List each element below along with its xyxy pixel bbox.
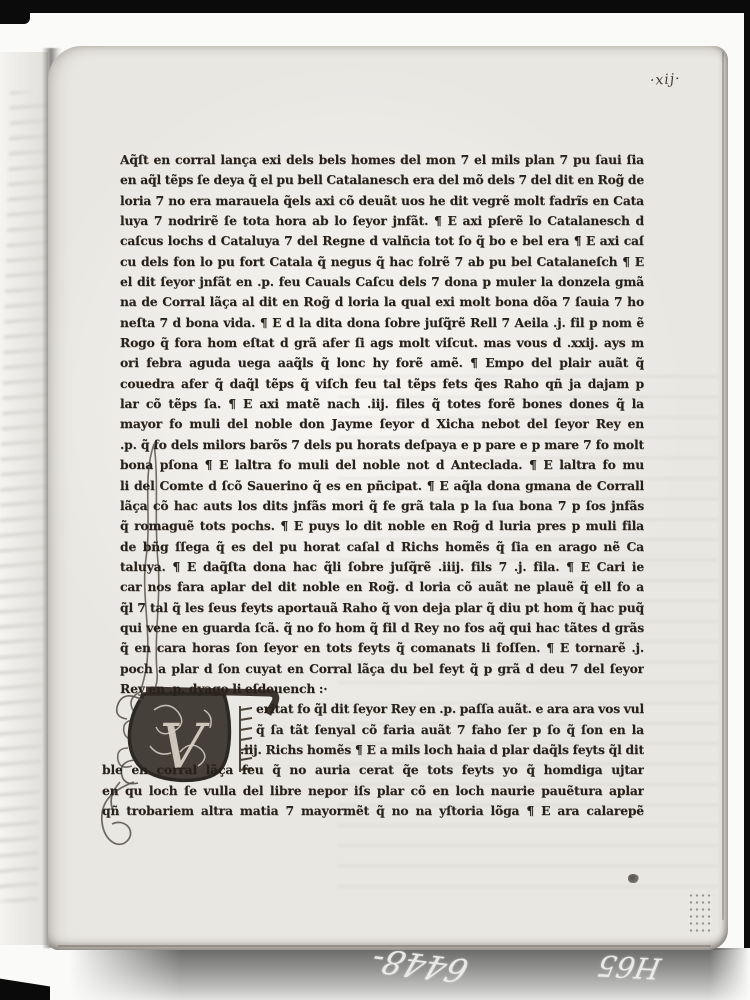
manuscript-line: q̃l 7 tal q̃ les ſeus feyts aportauã Rah… bbox=[120, 598, 644, 618]
manuscript-line: qñ trobariem altra matia 7 mayormẽt q̃ n… bbox=[102, 801, 644, 821]
manuscript-line: poch a plar d ſon cuyat en Corral lãça d… bbox=[120, 659, 644, 679]
manuscript-line: caſcus lochs d Cataluya 7 del Regne d va… bbox=[120, 231, 644, 251]
photo-border-top-left bbox=[0, 0, 30, 24]
photo-border-top bbox=[0, 0, 750, 13]
manuscript-line: lãça cõ hac auts los dits jnfãs mori q̃ … bbox=[120, 496, 644, 516]
paragraph-1: Aq̃ſt en corral lança exi dels bels home… bbox=[120, 150, 644, 699]
manuscript-line: el dit ſeyor jnfãt en .p. feu Cauals Caſ… bbox=[120, 272, 644, 292]
manuscript-line: Rogo q̃ fora hom eſtat d grã afer ſi ags… bbox=[120, 333, 644, 353]
manuscript-line: cu dels fon lo pu fort Catala q̃ negus q… bbox=[120, 252, 644, 272]
manuscript-photo: 6448- H65 ·xij· bbox=[0, 0, 750, 1000]
manuscript-line: de bñg ſſega q̃ es del pu horat caſal d … bbox=[120, 537, 644, 557]
corner-speckles bbox=[688, 892, 714, 936]
manuscript-line: luya 7 nodrirẽ ſe tota hora ab lo ſeyor … bbox=[120, 211, 644, 231]
manuscript-line: na de Corral lãça al dit en Rog̃ d loria… bbox=[120, 292, 644, 312]
manuscript-line: .p. q̃ fo dels milors barõs 7 dels pu ho… bbox=[120, 435, 644, 455]
page-stain bbox=[628, 874, 639, 883]
manuscript-line: li del Comte d ſcõ Sauerino q̃ es en pñc… bbox=[120, 476, 644, 496]
manuscript-line: Aq̃ſt en corral lança exi dels bels home… bbox=[120, 150, 644, 170]
manuscript-line: eritat fo q̃l dit ſeyor Rey en .p. paſſa… bbox=[120, 699, 644, 719]
manuscript-line: q̃ en cara horas ſon ſeyor en tots feyts… bbox=[120, 638, 644, 658]
manuscript-line: mayor fo muli del noble don Jayme ſeyor … bbox=[120, 414, 644, 434]
manuscript-line: Rey en .p. dyago li eſdeuench :· bbox=[120, 679, 644, 699]
fore-edge-fade-left bbox=[50, 948, 180, 1000]
manuscript-line: car nos fara aplar del dit noble en Rog̃… bbox=[120, 577, 644, 597]
manuscript-line: en qu loch ſe vulla del libre nepor iſs … bbox=[102, 781, 644, 801]
facing-page-blur-fade bbox=[0, 52, 48, 945]
manuscript-line: ori febra aguda uega aaq̃ls q̃ lonc hy f… bbox=[120, 353, 644, 373]
paragraph-2: eritat fo q̃l dit ſeyor Rey en .p. paſſa… bbox=[120, 699, 644, 821]
manuscript-line: taluya. ¶ E daq̃ſta dona hac q̃li ſobre … bbox=[120, 557, 644, 577]
manuscript-line: neſta 7 d bona vida. ¶ E d la dita dona … bbox=[120, 313, 644, 333]
manuscript-line: q̃ romaguẽ tots pochs. ¶ E puys lo dit n… bbox=[120, 516, 644, 536]
facing-page bbox=[0, 52, 48, 945]
page-right-edge bbox=[722, 52, 724, 920]
manuscript-line: loria 7 no era marauela q̃els axi cõ deu… bbox=[120, 191, 644, 211]
folio-number: ·xij· bbox=[649, 71, 681, 89]
photo-border-right bbox=[744, 10, 750, 985]
fore-edge-fade-right bbox=[710, 948, 750, 1000]
book-fore-edge-strip: 6448- H65 bbox=[50, 948, 750, 1000]
page-bottom-edge bbox=[58, 945, 711, 947]
shelfmark-annotation: H65 bbox=[595, 949, 664, 986]
manuscript-line: q̃ ſa tãt ſenyal cõ faria auãt 7 faho ſe… bbox=[120, 720, 644, 740]
manuscript-line: qui vene en guarda ſcã. q̃ no fo hom q̃ … bbox=[120, 618, 644, 638]
manuscript-text-block: Aq̃ſt en corral lança exi dels bels home… bbox=[120, 150, 644, 821]
manuscript-line: couedra afer q̃ daq̃l tẽps q̃ viſch feu … bbox=[120, 374, 644, 394]
manuscript-line: bona pſona ¶ E laltra fo muli del noble … bbox=[120, 455, 644, 475]
manuscript-line: lar cõ tẽps ſa. ¶ E axi matẽ nach .iij. … bbox=[120, 394, 644, 414]
manuscript-line: en aq̃l tẽps ſe deya q̃ el pu bell Catal… bbox=[120, 170, 644, 190]
manuscript-page: ·xij· bbox=[48, 46, 728, 950]
manuscript-line: ble en corral lãça feu q̃ no auria cerat… bbox=[102, 760, 644, 780]
manuscript-line: .iij. Richs homẽs ¶ E a mils loch haia d… bbox=[120, 740, 644, 760]
